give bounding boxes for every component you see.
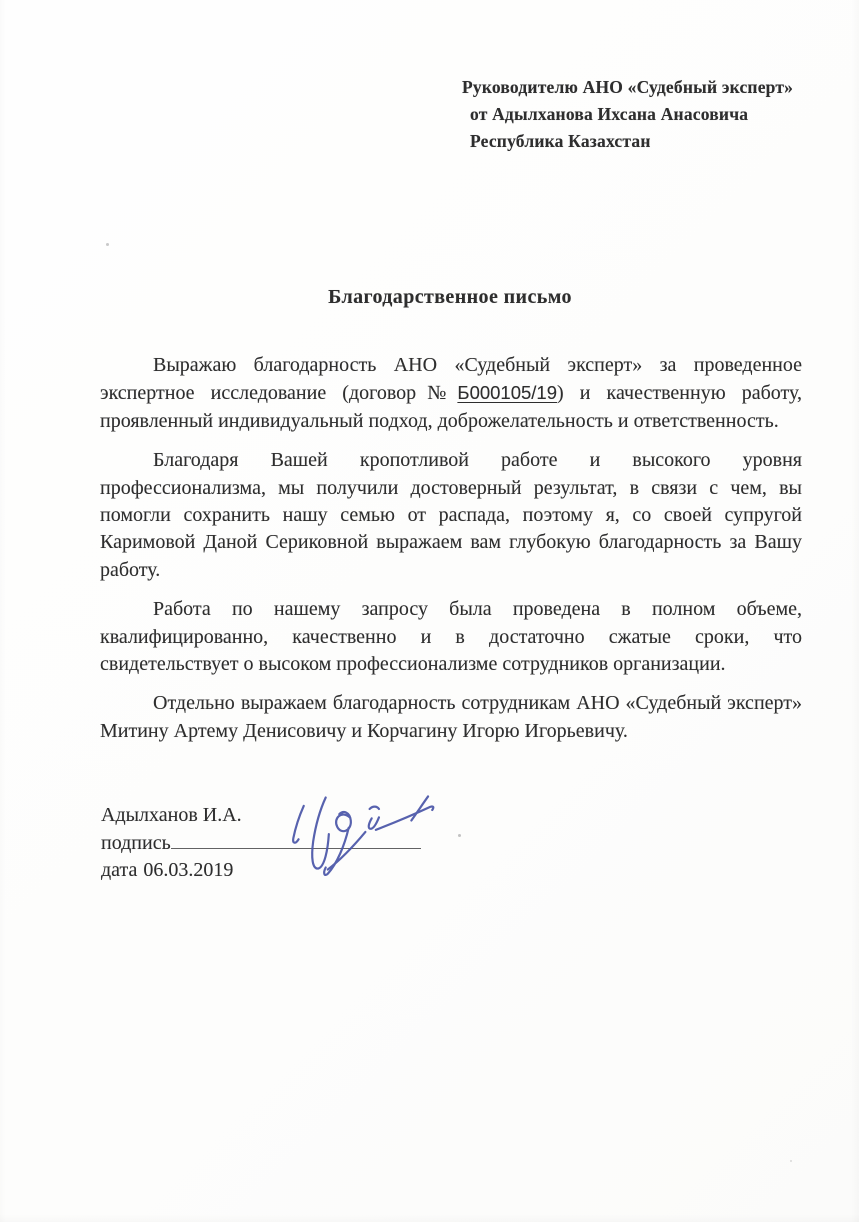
- signatory-name: Адылханов И.А.: [101, 802, 421, 830]
- signature-block: Адылханов И.А. подпись дата06.03.2019: [101, 802, 421, 885]
- paragraph-4: Отдельно выражаем благодарность сотрудни…: [100, 690, 802, 745]
- recipient-line-country: Республика Казахстан: [462, 128, 793, 155]
- contract-number: Б000105/19: [457, 382, 557, 403]
- paragraph-2: Благодаря Вашей кропотливой работе и выс…: [100, 447, 802, 584]
- signature-line-row: подпись: [101, 830, 421, 858]
- recipient-line-from: от Адылханова Ихсана Анасовича: [462, 101, 793, 128]
- recipient-block: Руководителю АНО «Судебный эксперт» от А…: [462, 74, 793, 155]
- date-label: дата: [101, 859, 137, 881]
- scan-speck: [106, 243, 109, 246]
- date-value: 06.03.2019: [143, 859, 233, 881]
- paragraph-3: Работа по нашему запросу была проведена …: [100, 596, 802, 678]
- date-row: дата06.03.2019: [101, 857, 421, 885]
- document-title: Благодарственное письмо: [100, 286, 800, 309]
- signature-label: подпись: [101, 832, 171, 854]
- scan-speck: [790, 1160, 792, 1162]
- scanned-letter-page: Руководителю АНО «Судебный эксперт» от А…: [0, 0, 859, 1222]
- scan-speck: [458, 834, 461, 837]
- signature-underline: [171, 830, 421, 849]
- recipient-line-organization: Руководителю АНО «Судебный эксперт»: [462, 74, 793, 101]
- paragraph-1: Выражаю благодарность АНО «Судебный эксп…: [100, 352, 802, 435]
- letter-body: Выражаю благодарность АНО «Судебный эксп…: [100, 352, 802, 757]
